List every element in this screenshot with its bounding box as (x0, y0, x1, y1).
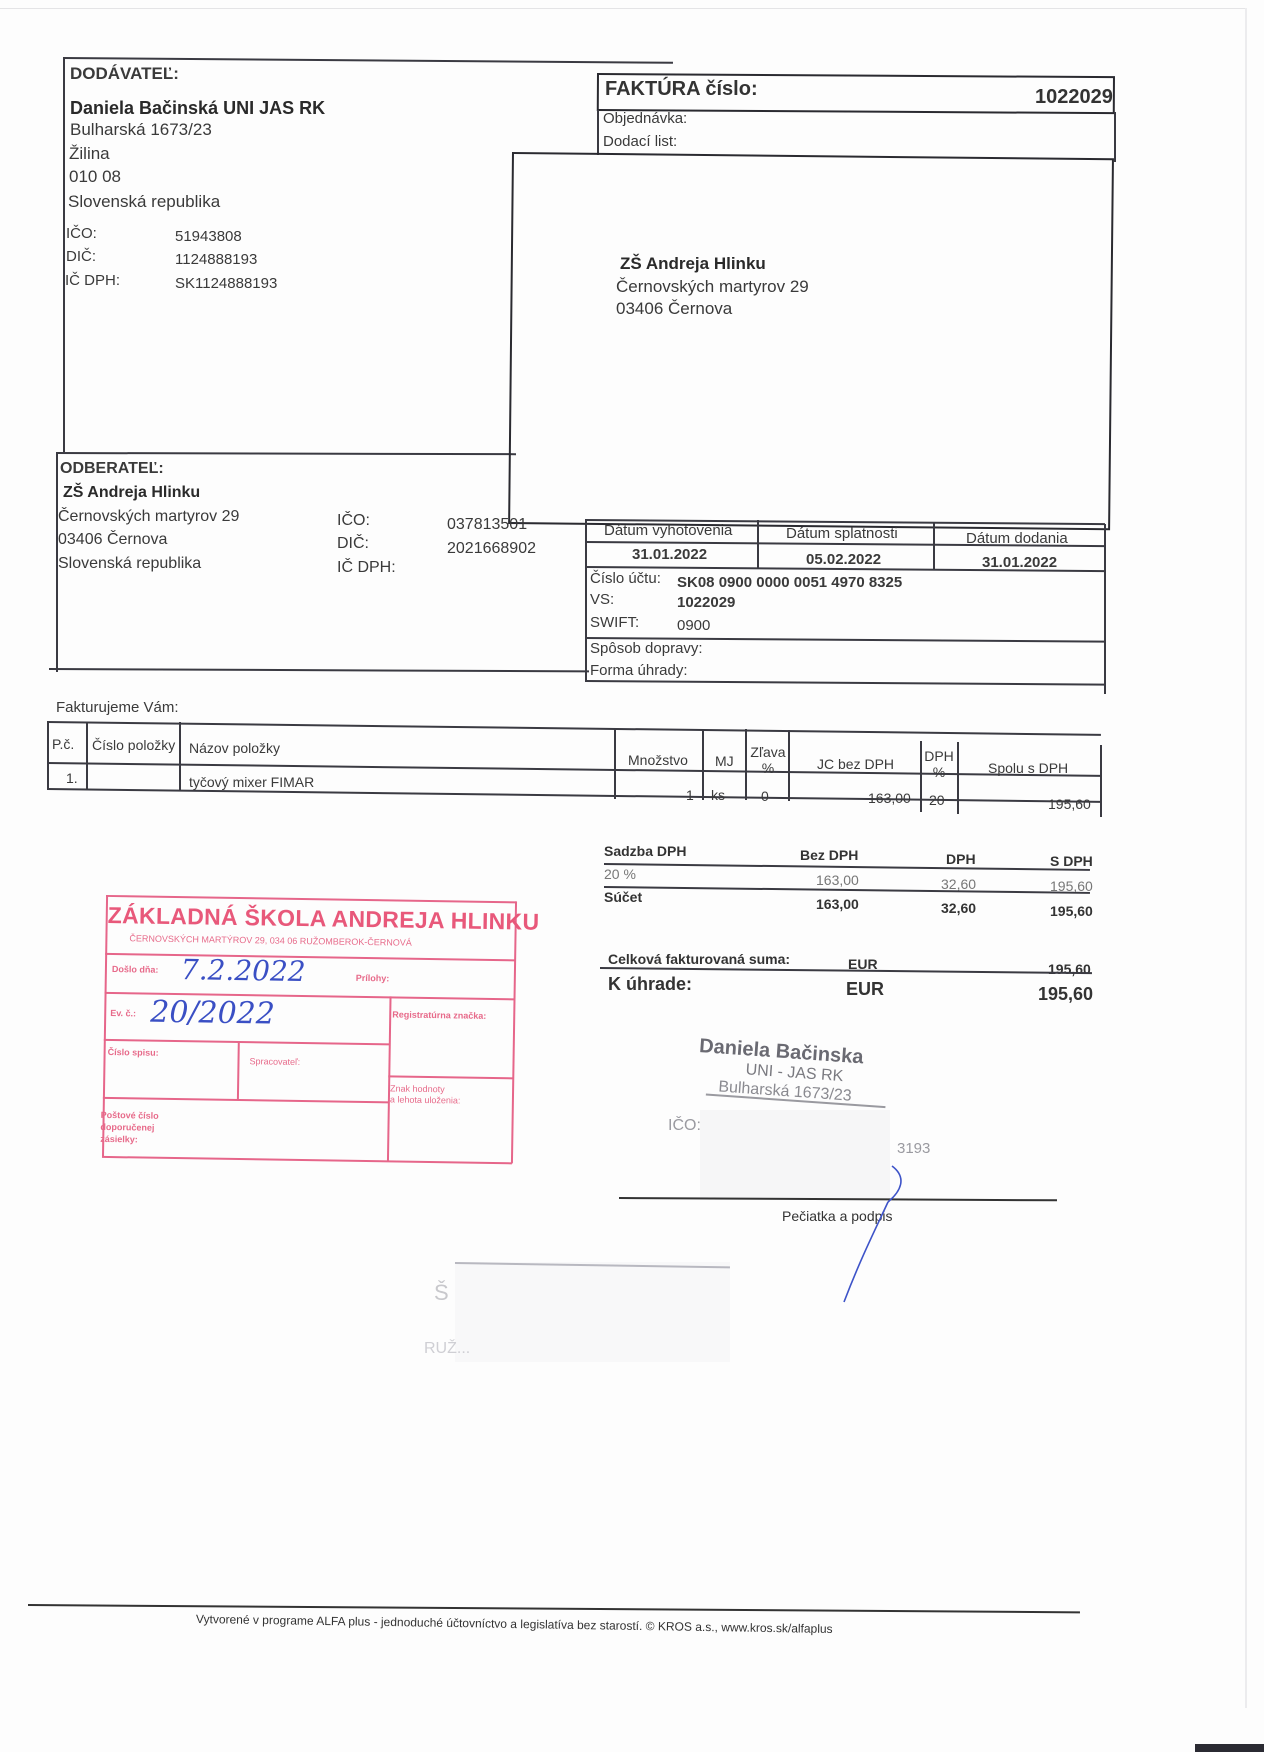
stamp-received-label: Došlo dňa: (112, 964, 159, 975)
invoice-number: 1022029 (1035, 86, 1113, 109)
col-header-vat-line2: % (921, 764, 957, 780)
stamp-row-line (388, 1075, 513, 1078)
row-vat: 20 (929, 792, 945, 808)
col-header-vat-line1: DPH (921, 748, 957, 764)
swift-code: 0900 (677, 617, 710, 634)
address-window (508, 152, 1114, 530)
to-pay-currency: EUR (846, 979, 884, 1000)
dates-divider-1 (757, 520, 759, 568)
scan-corner (1195, 1744, 1264, 1752)
stamp-row-line (104, 1039, 390, 1045)
col-header-no: P.č. (52, 736, 74, 752)
items-col-border (745, 729, 747, 800)
supplier-dic: 1124888193 (175, 251, 257, 268)
faded-stamp-char: Š (434, 1280, 449, 1306)
transport-label: Spôsob dopravy: (590, 640, 703, 657)
row-total: 195,60 (1048, 796, 1091, 812)
supplier-ico-label: IČO: (66, 225, 97, 242)
order-label: Objednávka: (603, 110, 687, 127)
issue-date: 31.01.2022 (632, 546, 707, 563)
supplier-left-border (63, 57, 65, 452)
stamp-title: ZÁKLADNÁ ŠKOLA ANDREJA HLINKU (108, 902, 540, 936)
vat-amount-header: DPH (946, 851, 976, 867)
stamp-attachments-label: Prílohy: (356, 973, 390, 984)
faded-stamp-text: RUŽ... (424, 1340, 470, 1358)
customer-ico: 037813501 (447, 516, 527, 534)
stamp-postal-label-1: Poštové číslo (101, 1110, 159, 1121)
items-col-border (47, 721, 49, 789)
supplier-name: Daniela Bačinská UNI JAS RK (70, 98, 325, 119)
col-header-vat: DPH % (921, 748, 957, 780)
customer-heading: ODBERATEĽ: (60, 460, 164, 478)
row-discount: 0 (761, 788, 769, 804)
col-header-name: Názov položky (189, 740, 280, 756)
stamp-retention-label-2: a lehota uloženia: (390, 1094, 461, 1105)
row-unit: ks (711, 787, 725, 803)
supplier-icdph: SK1124888193 (175, 275, 277, 292)
col-header-qty: Množstvo (628, 752, 688, 768)
vs-number: 1022029 (677, 594, 735, 611)
items-top-border (47, 721, 1101, 735)
supplier-country: Slovenská republika (68, 192, 220, 212)
invoiced-total-label: Celková fakturovaná suma: (608, 951, 790, 967)
stamp-border-bottom (102, 1156, 512, 1164)
supplier-top-border (63, 57, 673, 63)
col-header-code: Číslo položky (92, 737, 175, 753)
customer-icdph-label: IČ DPH: (337, 559, 396, 577)
window-recipient-name: ZŠ Andreja Hlinku (620, 254, 766, 274)
footer-rule (28, 1604, 1080, 1613)
signature-scribble-icon (830, 1160, 930, 1310)
customer-city: 03406 Černova (58, 531, 167, 549)
supplier-dic-label: DIČ: (66, 248, 96, 265)
col-header-discount: Zľava % (748, 744, 788, 776)
customer-ico-label: IČO: (337, 512, 370, 530)
customer-name: ZŠ Andreja Hlinku (63, 484, 200, 502)
vat-sum-base: 163,00 (816, 896, 859, 912)
invoiced-total: 195,60 (1048, 961, 1091, 977)
invoice-meta-left-border (597, 110, 599, 155)
delivery-note-label: Dodací list: (603, 133, 677, 150)
scan-edge-top (0, 8, 1245, 9)
items-col-border (957, 742, 959, 814)
stamp-postal-label-2: doporučenej (100, 1122, 154, 1133)
col-header-discount-line1: Zľava (748, 744, 788, 760)
supplier-icdph-label: IČ DPH: (65, 272, 120, 289)
due-date: 05.02.2022 (806, 551, 881, 568)
customer-street: Černovských martyrov 29 (58, 508, 239, 526)
payment-left-border (585, 519, 587, 681)
stamp-reg-no: 20/2022 (150, 995, 275, 1032)
payment-right-border (1104, 524, 1106, 694)
stamp-border-right (511, 901, 517, 1163)
items-col-border (702, 729, 704, 800)
supplier-ico: 51943808 (175, 228, 242, 245)
window-recipient-city: 03406 Černova (616, 299, 732, 319)
customer-dic: 2021668902 (447, 540, 536, 558)
col-header-unit: MJ (715, 753, 734, 769)
stamp-col-line (237, 1041, 239, 1099)
row-qty: 1 (686, 787, 694, 803)
vat-sum-label: Súčet (604, 889, 642, 905)
stamp-address: ČERNOVSKÝCH MARTÝROV 29, 034 06 RUŽOMBER… (129, 933, 412, 947)
supplier-stamp-ico-label: IČO: (668, 1117, 701, 1135)
vat-gross-header: S DPH (1050, 853, 1093, 869)
scan-edge-right (1245, 8, 1247, 1708)
to-pay-label: K úhrade: (608, 974, 692, 995)
vat-base-header: Bez DPH (800, 847, 858, 863)
items-intro: Fakturujeme Vám: (56, 699, 179, 716)
vat-sum-amount: 32,60 (941, 900, 976, 916)
supplier-customer-divider (56, 452, 516, 455)
payment-bottom-border (585, 680, 1105, 685)
totals-divider (600, 967, 1092, 974)
stamp-row-line (103, 1097, 389, 1103)
stamp-file-no-label: Číslo spisu: (108, 1047, 159, 1058)
col-header-unit-price: JC bez DPH (817, 756, 894, 772)
issue-date-label: Dátum vyhotovenia (604, 522, 732, 539)
supplier-heading: DODÁVATEĽ: (70, 64, 179, 84)
stamp-reg-no-label: Ev. č.: (110, 1008, 136, 1018)
row-unit-price: 163,00 (868, 790, 911, 806)
vat-row-base: 163,00 (816, 872, 859, 888)
vat-header-divider (604, 863, 1090, 870)
vat-rate-header: Sadzba DPH (604, 843, 686, 859)
supplier-city: Žilina (69, 144, 110, 164)
items-col-border (788, 730, 790, 801)
supplier-stamp-partial: 3193 (897, 1140, 930, 1157)
window-recipient-street: Černovských martyrov 29 (616, 277, 809, 297)
payment-method-label: Forma úhrady: (590, 662, 688, 679)
col-header-total: Spolu s DPH (988, 760, 1068, 776)
due-date-label: Dátum splatnosti (786, 525, 898, 542)
dates-divider-2 (933, 522, 935, 570)
invoice-title: FAKTÚRA číslo: (605, 78, 758, 101)
stamp-reg-mark-label: Registratúrna značka: (392, 1009, 486, 1020)
account-number: SK08 0900 0000 0051 4970 8325 (677, 574, 902, 591)
vat-row-rate: 20 % (604, 866, 636, 882)
items-col-border (86, 722, 88, 790)
delivery-date: 31.01.2022 (982, 554, 1057, 571)
to-pay-total: 195,60 (1038, 984, 1093, 1005)
items-col-border (1100, 745, 1102, 817)
items-col-border (179, 722, 181, 791)
invoice-meta-right-border (1114, 112, 1116, 162)
supplier-zip: 010 08 (69, 167, 121, 187)
stamp-col-line (387, 996, 391, 1161)
supplier-street: Bulharská 1673/23 (70, 120, 212, 140)
stamp-retention-label-1: Znak hodnoty (390, 1083, 445, 1094)
customer-country: Slovenská republika (58, 555, 201, 573)
col-header-discount-line2: % (748, 760, 788, 776)
stamp-postal-label-3: zásielky: (100, 1134, 138, 1145)
delivery-date-label: Dátum dodania (966, 530, 1068, 547)
footer-text: Vytvorené v programe ALFA plus - jednodu… (196, 1612, 833, 1636)
items-col-border (614, 728, 616, 799)
customer-bottom-border (49, 668, 589, 672)
stamp-row-line (105, 953, 515, 961)
vat-sum-gross: 195,60 (1050, 903, 1093, 919)
account-label: Číslo účtu: (590, 570, 661, 587)
stamp-received-date: 7.2.2022 (181, 953, 306, 988)
row-name: tyčový mixer FIMAR (189, 774, 314, 790)
vs-label: VS: (590, 591, 614, 608)
swift-label: SWIFT: (590, 614, 639, 631)
row-no: 1. (66, 770, 78, 786)
faded-stamp-box (455, 1262, 730, 1362)
stamp-handler-label: Spracovateľ: (249, 1056, 300, 1067)
customer-dic-label: DIČ: (337, 535, 369, 553)
